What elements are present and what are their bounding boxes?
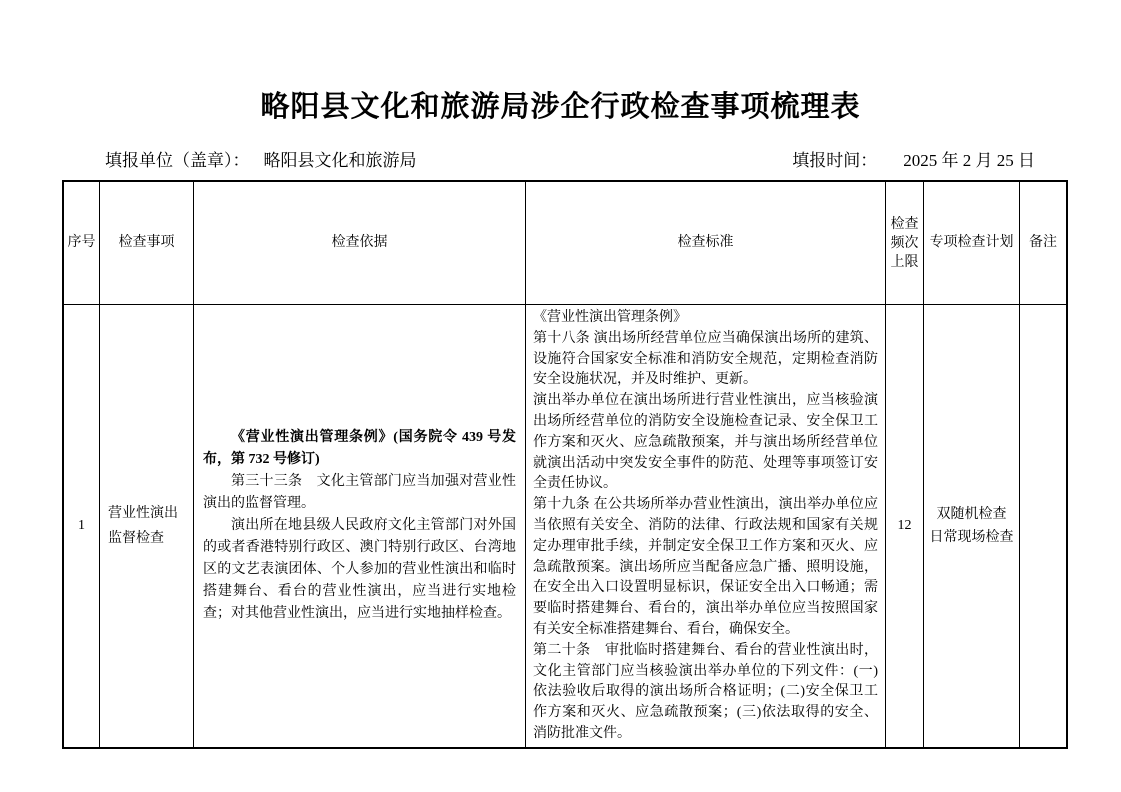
inspection-item-text: 营业性演出监督检查 xyxy=(108,501,185,551)
row-special-plan: 双随机检查 日常现场检查 xyxy=(924,305,1020,747)
report-time: 填报时间： 2025 年 2 月 25 日 xyxy=(792,146,1035,171)
header-item: 检查事项 xyxy=(100,182,194,305)
standard-regulation-title: 《营业性演出管理条例》 xyxy=(533,308,878,329)
header-special-plan: 专项检查计划 xyxy=(924,182,1020,305)
report-unit-label: 填报单位（盖章）： xyxy=(105,146,250,171)
special-plan-line-1: 双随机检查 xyxy=(937,503,1007,526)
page-title: 略阳县文化和旅游局涉企行政检查事项梳理表 xyxy=(0,84,1121,125)
report-time-value: 2025 年 2 月 25 日 xyxy=(903,146,1035,171)
report-unit-value: 略阳县文化和旅游局 xyxy=(264,146,417,171)
basis-regulation-title: 《营业性演出管理条例》(国务院令 439 号发布，第 732 号修订) xyxy=(203,427,516,471)
header-remark: 备注 xyxy=(1020,182,1066,305)
row-inspection-standard: 《营业性演出管理条例》 第十八条 演出场所经营单位应当确保演出场所的建筑、设施符… xyxy=(526,305,886,747)
row-frequency-limit: 12 xyxy=(886,305,924,747)
standard-article-18: 第十八条 演出场所经营单位应当确保演出场所的建筑、设施符合国家安全标准和消防安全… xyxy=(533,329,878,391)
row-seq: 1 xyxy=(64,305,100,747)
row-remark xyxy=(1020,305,1066,747)
inspection-table: 序号 检查事项 检查依据 检查标准 检查频次上限 专项检查计划 备注 1 营业性… xyxy=(62,180,1068,749)
row-inspection-basis: 《营业性演出管理条例》(国务院令 439 号发布，第 732 号修订) 第三十三… xyxy=(194,305,526,747)
header-frequency-limit: 检查频次上限 xyxy=(886,182,924,305)
document-page: 略阳县文化和旅游局涉企行政检查事项梳理表 填报单位（盖章）： 略阳县文化和旅游局… xyxy=(0,0,1121,792)
header-seq: 序号 xyxy=(64,182,100,305)
standard-article-18-detail: 演出举办单位在演出场所进行营业性演出，应当核验演出场所经营单位的消防安全设施检查… xyxy=(533,391,878,495)
header-standard: 检查标准 xyxy=(526,182,886,305)
special-plan-line-2: 日常现场检查 xyxy=(930,526,1014,549)
report-meta-line: 填报单位（盖章）： 略阳县文化和旅游局 填报时间： 2025 年 2 月 25 … xyxy=(105,146,1035,171)
basis-article-33-detail: 演出所在地县级人民政府文化主管部门对外国的或者香港特别行政区、澳门特别行政区、台… xyxy=(203,515,516,625)
standard-article-20: 第二十条 审批临时搭建舞台、看台的营业性演出时，文化主管部门应当核验演出举办单位… xyxy=(533,641,878,745)
basis-article-33: 第三十三条 文化主管部门应当加强对营业性演出的监督管理。 xyxy=(203,471,516,515)
standard-article-19: 第十九条 在公共场所举办营业性演出，演出举办单位应当依照有关安全、消防的法律、行… xyxy=(533,495,878,641)
report-time-label: 填报时间： xyxy=(792,146,877,171)
header-basis: 检查依据 xyxy=(194,182,526,305)
report-unit: 填报单位（盖章）： 略阳县文化和旅游局 xyxy=(105,146,417,171)
row-inspection-item: 营业性演出监督检查 xyxy=(100,305,194,747)
